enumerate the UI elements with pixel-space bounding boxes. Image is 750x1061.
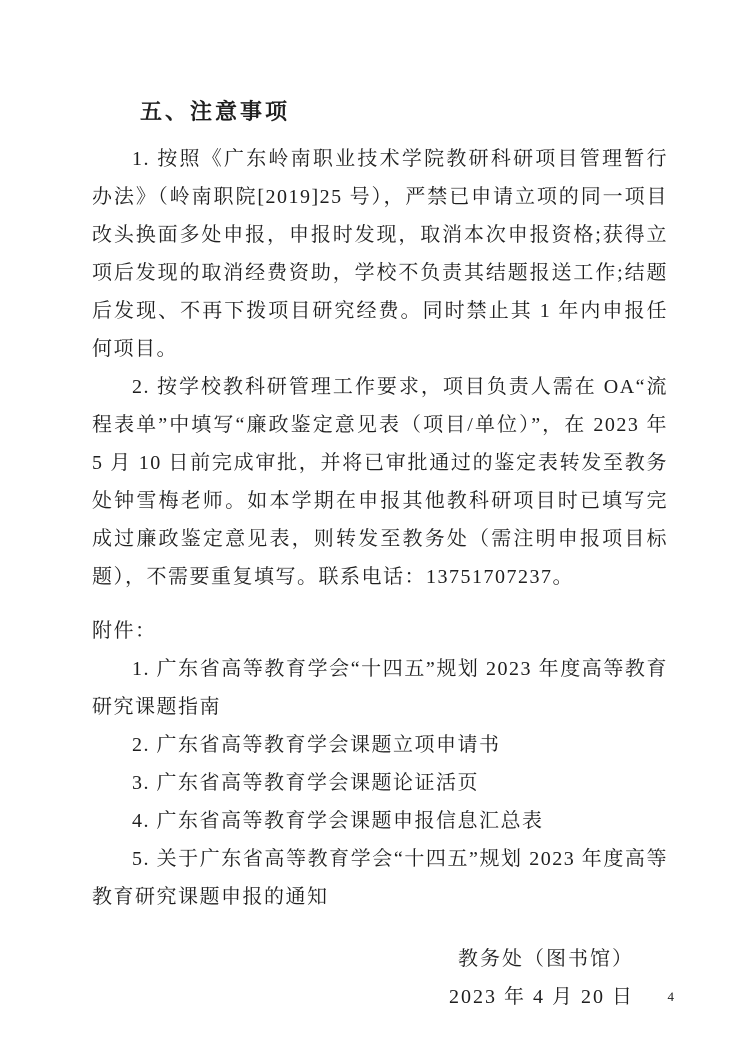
- paragraph-notice-1: 1. 按照《广东岭南职业技术学院教研科研项目管理暂行办法》（岭南职院[2019]…: [92, 140, 668, 368]
- section-heading: 五、注意事项: [92, 95, 668, 128]
- attachment-item-3: 3. 广东省高等教育学会课题论证活页: [92, 764, 668, 802]
- document-page: 五、注意事项 1. 按照《广东岭南职业技术学院教研科研项目管理暂行办法》（岭南职…: [0, 0, 750, 1061]
- signature-department: 教务处（图书馆）: [92, 940, 634, 978]
- signature-date: 2023 年 4 月 20 日: [92, 978, 634, 1016]
- signature-block: 教务处（图书馆） 2023 年 4 月 20 日: [92, 940, 668, 1016]
- attachment-item-1: 1. 广东省高等教育学会“十四五”规划 2023 年度高等教育研究课题指南: [92, 650, 668, 726]
- page-number: 4: [668, 989, 675, 1005]
- attachment-item-5: 5. 关于广东省高等教育学会“十四五”规划 2023 年度高等教育研究课题申报的…: [92, 840, 668, 916]
- attachments-label: 附件：: [92, 612, 668, 650]
- attachment-item-2: 2. 广东省高等教育学会课题立项申请书: [92, 726, 668, 764]
- document-content: 五、注意事项 1. 按照《广东岭南职业技术学院教研科研项目管理暂行办法》（岭南职…: [0, 0, 750, 1016]
- attachment-item-4: 4. 广东省高等教育学会课题申报信息汇总表: [92, 802, 668, 840]
- paragraph-notice-2: 2. 按学校教科研管理工作要求，项目负责人需在 OA“流程表单”中填写“廉政鉴定…: [92, 368, 668, 596]
